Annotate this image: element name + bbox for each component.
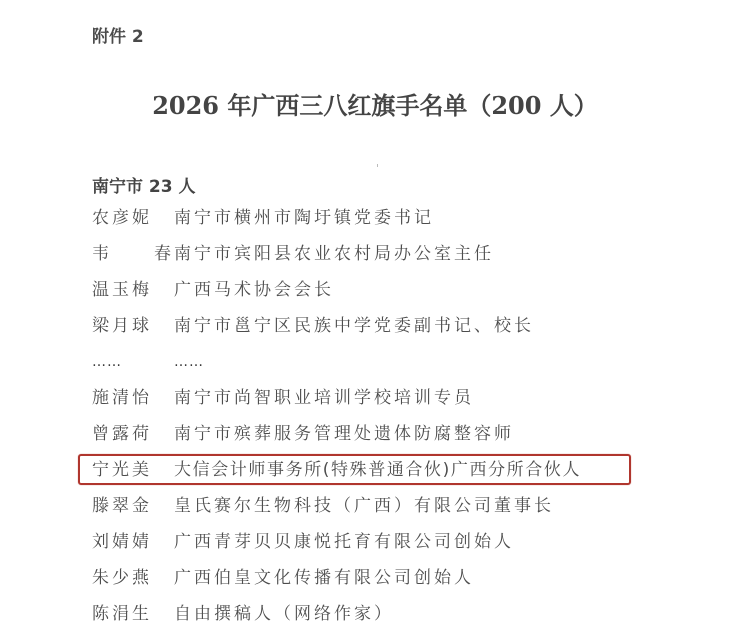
list-item: 农彦妮 南宁市横州市陶圩镇党委书记 — [92, 204, 652, 240]
list-item: 滕翠金 皇氏赛尔生物科技（广西）有限公司董事长 — [92, 492, 652, 528]
honoree-name: 施清怡 — [92, 384, 174, 412]
honoree-role: 皇氏赛尔生物科技（广西）有限公司董事长 — [174, 492, 652, 520]
list-item: 刘婧婧 广西青芽贝贝康悦托育有限公司创始人 — [92, 528, 652, 564]
attachment-label: 附件 2 — [92, 22, 144, 47]
honoree-name: 滕翠金 — [92, 492, 174, 520]
honoree-role: 南宁市邕宁区民族中学党委副书记、校长 — [174, 312, 652, 340]
honoree-name: 刘婧婧 — [92, 528, 174, 556]
honoree-name: 温玉梅 — [92, 276, 174, 304]
honoree-name: 陈涓生 — [92, 600, 174, 628]
honoree-name: 韦 春 — [92, 240, 174, 268]
honoree-name-char: 韦 — [92, 240, 112, 268]
honoree-role: 南宁市宾阳县农业农村局办公室主任 — [174, 240, 652, 268]
list-item: 朱少燕 广西伯皇文化传播有限公司创始人 — [92, 564, 652, 600]
honoree-role: 南宁市尚智职业培训学校培训专员 — [174, 384, 652, 412]
honoree-name: 梁月球 — [92, 312, 174, 340]
honoree-role: 自由撰稿人（网络作家） — [174, 600, 652, 628]
honoree-role: 广西伯皇文化传播有限公司创始人 — [174, 564, 652, 592]
ellipsis-name: …… — [92, 348, 174, 376]
section-heading-nanning: 南宁市 23 人 — [92, 172, 196, 197]
document-title-text: 2026 年广西三八红旗手名单（200 人） — [152, 86, 598, 121]
honoree-role: 南宁市殡葬服务管理处遗体防腐整容师 — [174, 420, 652, 448]
highlight-box — [78, 454, 631, 485]
list-item: 梁月球 南宁市邕宁区民族中学党委副书记、校长 — [92, 312, 652, 348]
honoree-name: 农彦妮 — [92, 204, 174, 232]
honoree-list: 农彦妮 南宁市横州市陶圩镇党委书记 韦 春 南宁市宾阳县农业农村局办公室主任 温… — [92, 204, 652, 632]
list-item: 陈涓生 自由撰稿人（网络作家） — [92, 600, 652, 632]
document-title: 2026 年广西三八红旗手名单（200 人） — [0, 86, 750, 121]
honoree-role: 广西马术协会会长 — [174, 276, 652, 304]
honoree-role: 广西青芽贝贝康悦托育有限公司创始人 — [174, 528, 652, 556]
scan-speck — [377, 164, 378, 167]
list-item: 曾露荷 南宁市殡葬服务管理处遗体防腐整容师 — [92, 420, 652, 456]
list-item: 韦 春 南宁市宾阳县农业农村局办公室主任 — [92, 240, 652, 276]
list-item: 施清怡 南宁市尚智职业培训学校培训专员 — [92, 384, 652, 420]
list-item: 温玉梅 广西马术协会会长 — [92, 276, 652, 312]
list-item-ellipsis: …… …… — [92, 348, 652, 384]
honoree-name-char: 春 — [154, 240, 174, 268]
honoree-name: 朱少燕 — [92, 564, 174, 592]
honoree-name: 曾露荷 — [92, 420, 174, 448]
honoree-role: 南宁市横州市陶圩镇党委书记 — [174, 204, 652, 232]
ellipsis-role: …… — [174, 348, 652, 376]
